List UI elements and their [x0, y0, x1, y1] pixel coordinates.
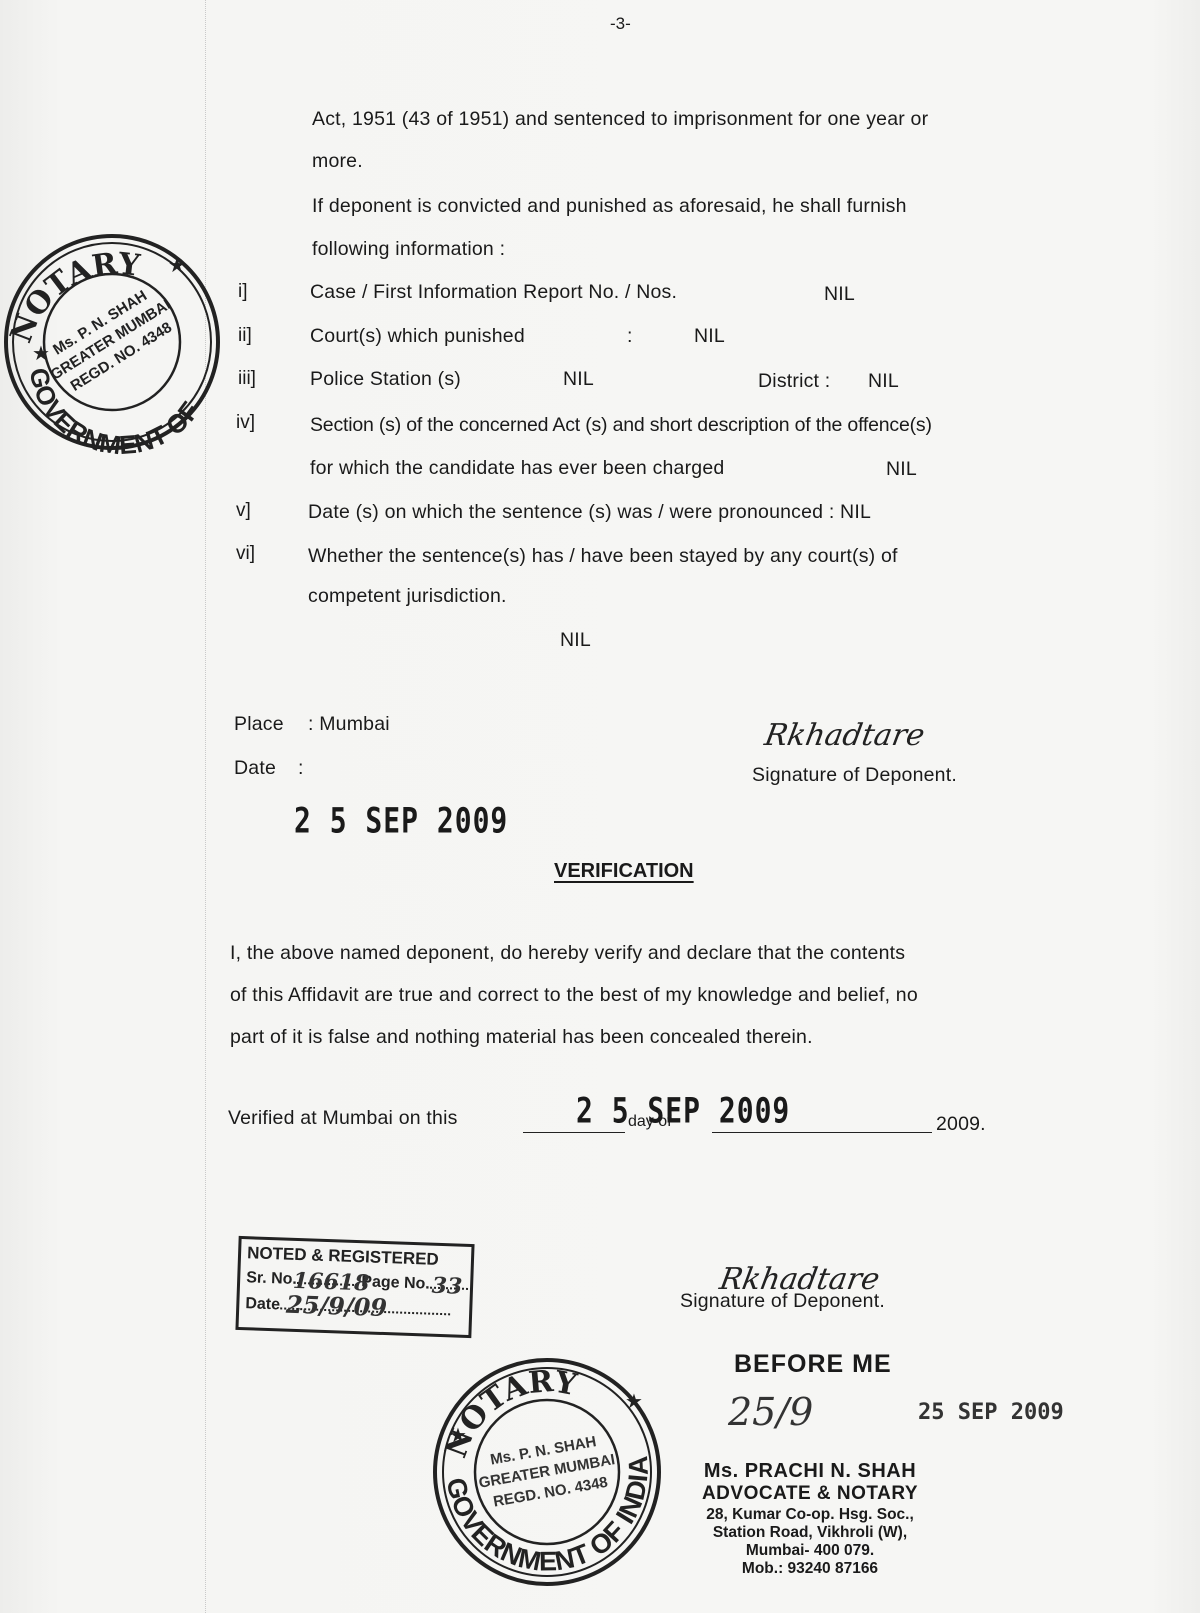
verification-line-1: I, the above named deponent, do hereby v…	[230, 942, 905, 965]
item-text: Police Station (s)	[310, 368, 461, 391]
item-value: NIL	[886, 458, 917, 481]
star-icon: ★	[625, 1391, 643, 1413]
item-text: Whether the sentence(s) has / have been …	[308, 545, 898, 568]
star-icon: ★	[32, 343, 50, 365]
notary-seal-left: NOTARY GOVERNMENT OF INDIA ★ ★ Ms. P. N.…	[0, 220, 220, 460]
star-icon: ★	[168, 255, 186, 277]
item-number: ii]	[238, 325, 252, 347]
item-value: NIL	[694, 325, 725, 348]
deponent-signature: Rkhadtare	[762, 718, 927, 753]
signature-label-bottom: Signature of Deponent.	[680, 1290, 885, 1313]
item-text: Section (s) of the concerned Act (s) and…	[310, 414, 932, 437]
item-text-continued: for which the candidate has ever been ch…	[310, 457, 724, 480]
district-label: District :	[758, 370, 830, 393]
item-separator: :	[627, 325, 633, 348]
intro-line-4: following information :	[312, 238, 505, 261]
page-no-label: Page No.	[361, 1273, 430, 1292]
date-separator: :	[298, 757, 304, 780]
signature-label: Signature of Deponent.	[752, 764, 957, 787]
notary-details: Ms. PRACHI N. SHAH ADVOCATE & NOTARY 28,…	[660, 1460, 960, 1578]
stamp-date-value: 25/9/09	[286, 1290, 388, 1323]
place-value: : Mumbai	[308, 713, 390, 736]
item-number: vi]	[236, 543, 255, 565]
item-text: Case / First Information Report No. / No…	[310, 281, 677, 304]
intro-line-1: Act, 1951 (43 of 1951) and sentenced to …	[312, 108, 928, 131]
notary-name: Ms. PRACHI N. SHAH	[660, 1460, 960, 1483]
notary-mobile: Mob.: 93240 87166	[660, 1560, 960, 1578]
notary-address-1: 28, Kumar Co-op. Hsg. Soc.,	[660, 1506, 960, 1524]
verification-date-stamp: 2 5 SEP 2009	[576, 1090, 790, 1131]
notary-title: ADVOCATE & NOTARY	[660, 1483, 960, 1505]
date-label: Date	[234, 757, 276, 780]
sr-no-label: Sr. No.	[246, 1269, 297, 1288]
stamp-sr-row: Sr. No.16618 Page No.33	[246, 1269, 468, 1295]
notary-seal-bottom: NOTARY GOVERNMENT OF INDIA ★ ★ Ms. P. N.…	[425, 1350, 670, 1595]
item-text: Court(s) which punished	[310, 325, 525, 348]
date-stamp: 2 5 SEP 2009	[294, 800, 508, 841]
intro-line-3: If deponent is convicted and punished as…	[312, 195, 907, 218]
verified-at-prefix: Verified at Mumbai on this	[228, 1107, 458, 1130]
place-label: Place	[234, 713, 284, 736]
item-text: Date (s) on which the sentence (s) was /…	[308, 501, 871, 524]
notary-handwritten-date: 25/9	[728, 1390, 813, 1434]
notary-address-3: Mumbai- 400 079.	[660, 1542, 960, 1560]
stamp-title: NOTED & REGISTERED	[247, 1243, 439, 1270]
page-number: -3-	[610, 14, 631, 34]
item-number: i]	[238, 281, 248, 303]
noted-registered-stamp: NOTED & REGISTERED Sr. No.16618 Page No.…	[235, 1236, 474, 1338]
before-me-heading: BEFORE ME	[734, 1350, 892, 1379]
verified-year: 2009.	[936, 1113, 986, 1136]
item-value: NIL	[563, 368, 594, 391]
verification-line-2: of this Affidavit are true and correct t…	[230, 984, 918, 1007]
item-number: iii]	[238, 368, 256, 390]
item-number: v]	[236, 500, 251, 522]
month-blank	[712, 1132, 932, 1133]
stamp-date-label: Date	[245, 1295, 280, 1313]
verification-heading: VERIFICATION	[554, 860, 694, 883]
item-value: NIL	[824, 283, 855, 306]
notary-address-2: Station Road, Vikhroli (W),	[660, 1524, 960, 1542]
page-no-value: 33	[431, 1273, 463, 1300]
item-value: NIL	[560, 629, 591, 652]
day-blank	[523, 1132, 625, 1133]
verification-line-3: part of it is false and nothing material…	[230, 1026, 813, 1049]
star-icon: ★	[449, 1425, 467, 1447]
intro-line-2: more.	[312, 150, 363, 173]
item-text-continued: competent jurisdiction.	[308, 585, 507, 608]
notary-date-stamp: 25 SEP 2009	[918, 1400, 1064, 1425]
item-number: iv]	[236, 412, 255, 434]
district-value: NIL	[868, 370, 899, 393]
